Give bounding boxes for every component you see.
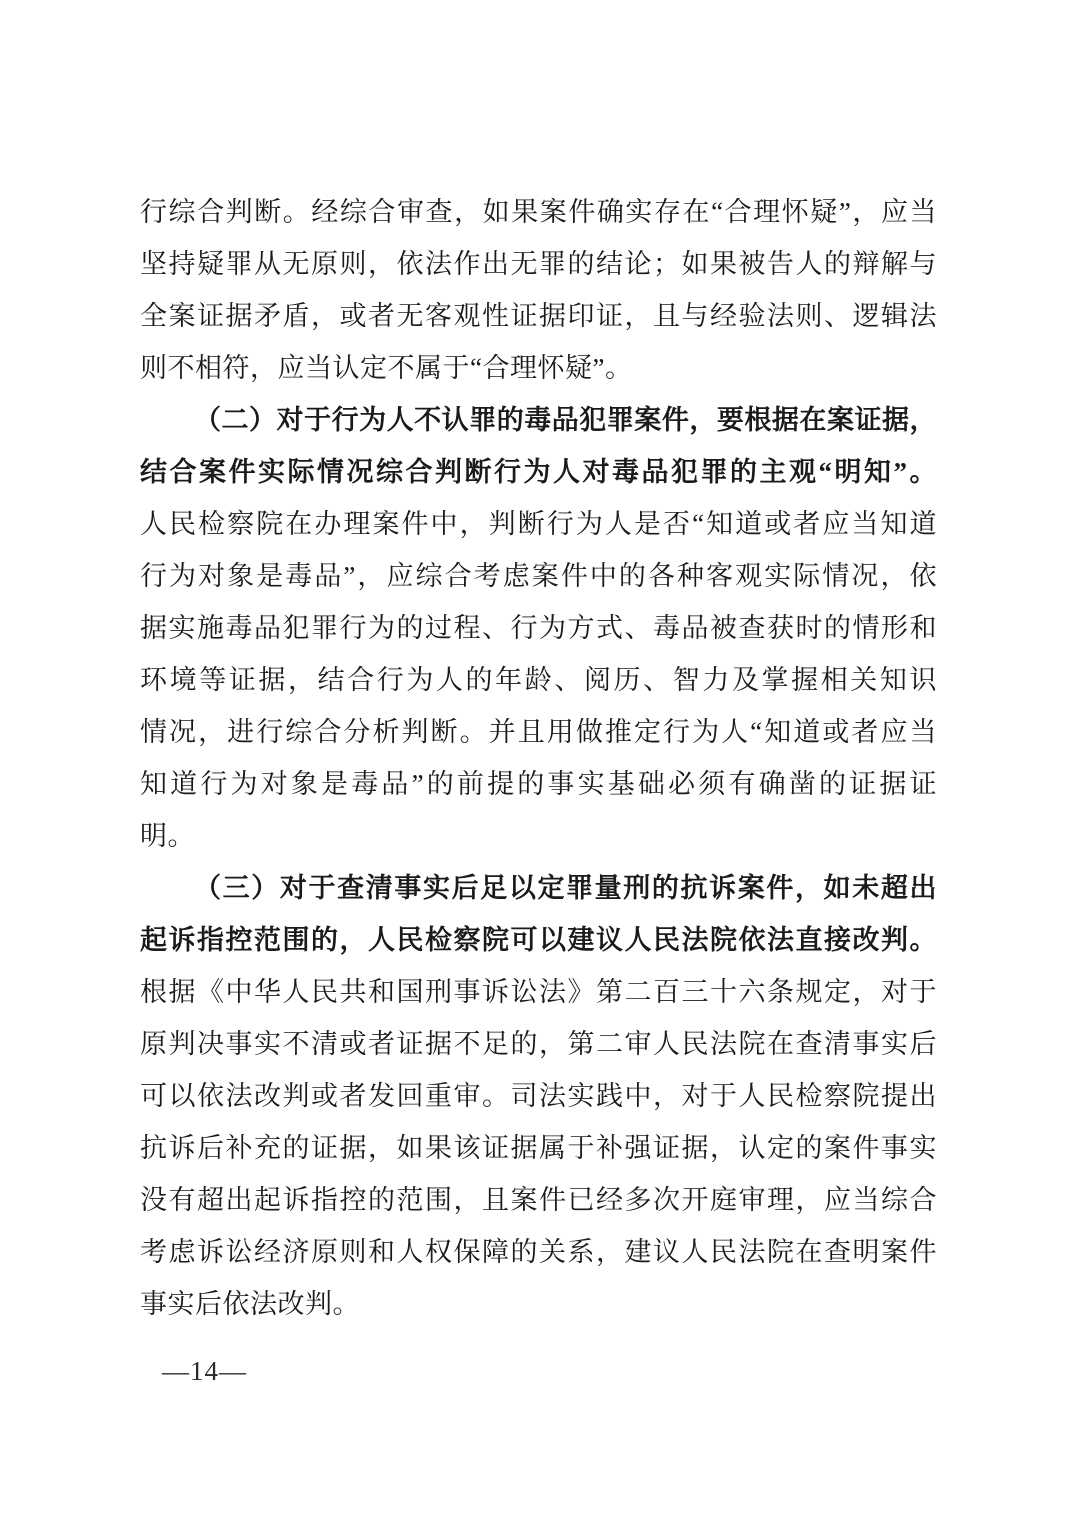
text-line: 情况，进行综合分析判断。并且用做推定行为人“知道或者应当 — [140, 706, 937, 758]
document-body: 行综合判断。经综合审查，如果案件确实存在“合理怀疑”，应当坚持疑罪从无原则，依法… — [140, 186, 937, 1330]
text-line: 根据《中华人民共和国刑事诉讼法》第二百三十六条规定，对于 — [140, 966, 937, 1018]
text-line: 行为对象是毒品”，应综合考虑案件中的各种客观实际情况，依 — [140, 550, 937, 602]
text-line: 明。 — [140, 810, 937, 862]
text-line: 人民检察院在办理案件中，判断行为人是否“知道或者应当知道 — [140, 498, 937, 550]
text-line: （二）对于行为人不认罪的毒品犯罪案件，要根据在案证据， — [140, 394, 937, 446]
text-line: （三）对于查清事实后足以定罪量刑的抗诉案件，如未超出 — [140, 862, 937, 914]
text-line: 据实施毒品犯罪行为的过程、行为方式、毒品被查获时的情形和 — [140, 602, 937, 654]
page-number: —14— — [162, 1354, 247, 1388]
text-line: 考虑诉讼经济原则和人权保障的关系，建议人民法院在查明案件 — [140, 1226, 937, 1278]
text-line: 结合案件实际情况综合判断行为人对毒品犯罪的主观“明知”。 — [140, 446, 937, 498]
text-line: 则不相符，应当认定不属于“合理怀疑”。 — [140, 342, 937, 394]
text-line: 事实后依法改判。 — [140, 1278, 937, 1330]
text-line: 全案证据矛盾，或者无客观性证据印证，且与经验法则、逻辑法 — [140, 290, 937, 342]
text-line: 行综合判断。经综合审查，如果案件确实存在“合理怀疑”，应当 — [140, 186, 937, 238]
text-line: 没有超出起诉指控的范围，且案件已经多次开庭审理，应当综合 — [140, 1174, 937, 1226]
text-line: 抗诉后补充的证据，如果该证据属于补强证据，认定的案件事实 — [140, 1122, 937, 1174]
text-line: 环境等证据，结合行为人的年龄、阅历、智力及掌握相关知识 — [140, 654, 937, 706]
text-line: 可以依法改判或者发回重审。司法实践中，对于人民检察院提出 — [140, 1070, 937, 1122]
text-line: 知道行为对象是毒品”的前提的事实基础必须有确凿的证据证 — [140, 758, 937, 810]
text-line: 起诉指控范围的，人民检察院可以建议人民法院依法直接改判。 — [140, 914, 937, 966]
document-page: 行综合判断。经综合审查，如果案件确实存在“合理怀疑”，应当坚持疑罪从无原则，依法… — [0, 0, 1074, 1520]
text-line: 坚持疑罪从无原则，依法作出无罪的结论；如果被告人的辩解与 — [140, 238, 937, 290]
text-line: 原判决事实不清或者证据不足的，第二审人民法院在查清事实后 — [140, 1018, 937, 1070]
